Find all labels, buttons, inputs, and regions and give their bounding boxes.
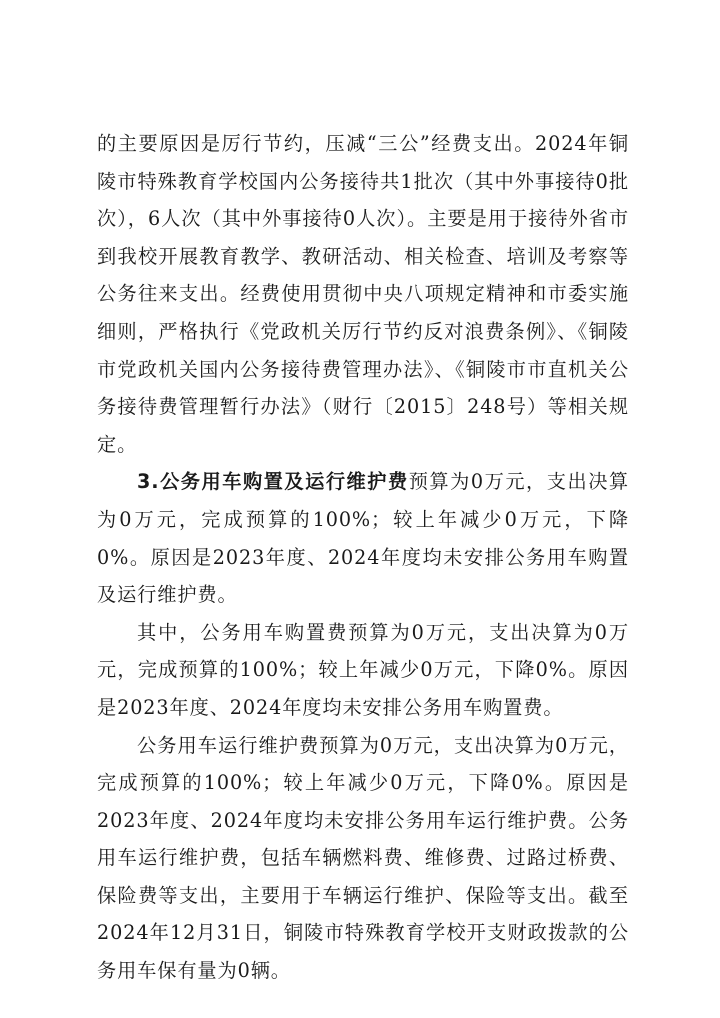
paragraph-vehicle-expenses: 3.公务用车购置及运行维护费预算为0万元，支出决算为0万元，完成预算的100%；… (97, 463, 629, 613)
paragraph-vehicle-purchase: 其中，公务用车购置费预算为0万元，支出决算为0万元，完成预算的100%；较上年减… (97, 614, 629, 727)
paragraph-reception-expenses: 的主要原因是厉行节约，压减“三公”经费支出。2024年铜陵市特殊教育学校国内公务… (97, 125, 629, 463)
paragraph-vehicle-maintenance: 公务用车运行维护费预算为0万元，支出决算为0万元，完成预算的100%；较上年减少… (97, 727, 629, 990)
document-page: 的主要原因是厉行节约，压减“三公”经费支出。2024年铜陵市特殊教育学校国内公务… (97, 125, 629, 990)
section-heading-vehicle: 3.公务用车购置及运行维护费 (137, 470, 409, 493)
